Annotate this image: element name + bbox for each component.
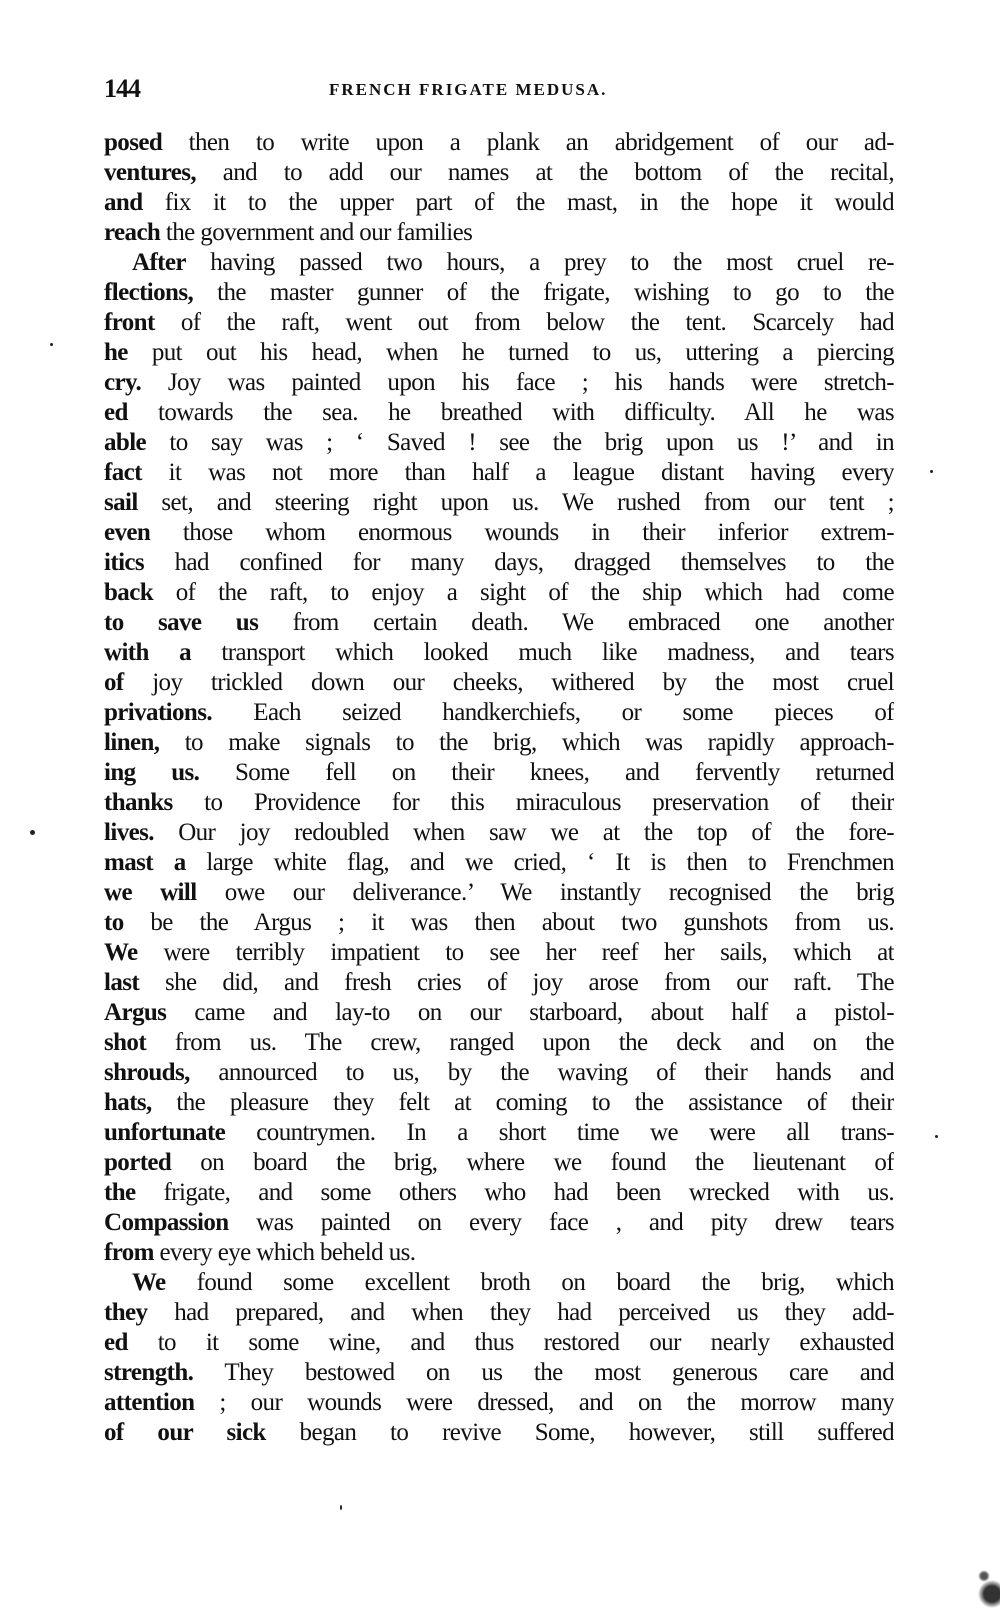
text-line: sail set, and steering right upon us. We… xyxy=(104,488,894,518)
text-line: ed towards the sea. he breathed with dif… xyxy=(104,398,894,428)
text-line: unfortunate countrymen. In a short time … xyxy=(104,1118,894,1148)
text-line: Argus came and lay-to on our starboard, … xyxy=(104,998,894,1028)
text-line: lives. Our joy redoubled when saw we at … xyxy=(104,818,894,848)
text-line: back of the raft, to enjoy a sight of th… xyxy=(104,578,894,608)
text-line: fact it was not more than half a league … xyxy=(104,458,894,488)
scan-edge-noise xyxy=(960,1522,1000,1612)
running-title: FRENCH FRIGATE MEDUSA. xyxy=(329,80,607,100)
book-page: 144 FRENCH FRIGATE MEDUSA. posed then to… xyxy=(0,0,1000,1612)
text-line: cry. Joy was painted upon his face ; his… xyxy=(104,368,894,398)
scan-speck xyxy=(30,830,35,835)
body-text: posed then to write upon a plank an abri… xyxy=(104,128,894,1448)
paragraph-start: We found some excellent broth on board t… xyxy=(104,1268,894,1298)
text-line: itics had confined for many days, dragge… xyxy=(104,548,894,578)
text-line: posed then to write upon a plank an abri… xyxy=(104,128,894,158)
text-line: able to say was ; ‘ Saved ! see the brig… xyxy=(104,428,894,458)
text-line: from every eye which beheld us. xyxy=(104,1238,894,1268)
text-line: we will owe our deliverance.’ We instant… xyxy=(104,878,894,908)
text-line: hats, the pleasure they felt at coming t… xyxy=(104,1088,894,1118)
text-line: thanks to Providence for this miraculous… xyxy=(104,788,894,818)
text-line: strength. They bestowed on us the most g… xyxy=(104,1358,894,1388)
text-line: to be the Argus ; it was then about two … xyxy=(104,908,894,938)
text-line: they had prepared, and when they had per… xyxy=(104,1298,894,1328)
page-number: 144 xyxy=(104,74,140,104)
text-line: the frigate, and some others who had bee… xyxy=(104,1178,894,1208)
text-line: of our sick began to revive Some, howeve… xyxy=(104,1418,894,1448)
text-line: of joy trickled down our cheeks, withere… xyxy=(104,668,894,698)
text-line: even those whom enormous wounds in their… xyxy=(104,518,894,548)
text-line: Compassion was painted on every face , a… xyxy=(104,1208,894,1238)
text-line: to save us from certain death. We embrac… xyxy=(104,608,894,638)
paragraph-start: After having passed two hours, a prey to… xyxy=(104,248,894,278)
text-line: ing us. Some fell on their knees, and fe… xyxy=(104,758,894,788)
text-line: front of the raft, went out from below t… xyxy=(104,308,894,338)
scan-speck xyxy=(50,343,53,346)
text-line: shrouds, annourced to us, by the waving … xyxy=(104,1058,894,1088)
text-line: ported on board the brig, where we found… xyxy=(104,1148,894,1178)
text-line: he put out his head, when he turned to u… xyxy=(104,338,894,368)
text-line: privations. Each seized handkerchiefs, o… xyxy=(104,698,894,728)
text-line: We were terribly impatient to see her re… xyxy=(104,938,894,968)
text-line: shot from us. The crew, ranged upon the … xyxy=(104,1028,894,1058)
text-line: ed to it some wine, and thus restored ou… xyxy=(104,1328,894,1358)
scan-speck xyxy=(340,1505,342,1510)
page-header: 144 FRENCH FRIGATE MEDUSA. xyxy=(104,74,894,106)
text-line: flections, the master gunner of the frig… xyxy=(104,278,894,308)
text-line: ventures, and to add our names at the bo… xyxy=(104,158,894,188)
scan-speck xyxy=(935,1135,938,1138)
text-line: and fix it to the upper part of the mast… xyxy=(104,188,894,218)
text-line: mast a large white flag, and we cried, ‘… xyxy=(104,848,894,878)
text-line: last she did, and fresh cries of joy aro… xyxy=(104,968,894,998)
scan-speck xyxy=(930,470,933,473)
text-line: reach the government and our families xyxy=(104,218,894,248)
text-line: with a transport which looked much like … xyxy=(104,638,894,668)
text-line: linen, to make signals to the brig, whic… xyxy=(104,728,894,758)
text-line: attention ; our wounds were dressed, and… xyxy=(104,1388,894,1418)
